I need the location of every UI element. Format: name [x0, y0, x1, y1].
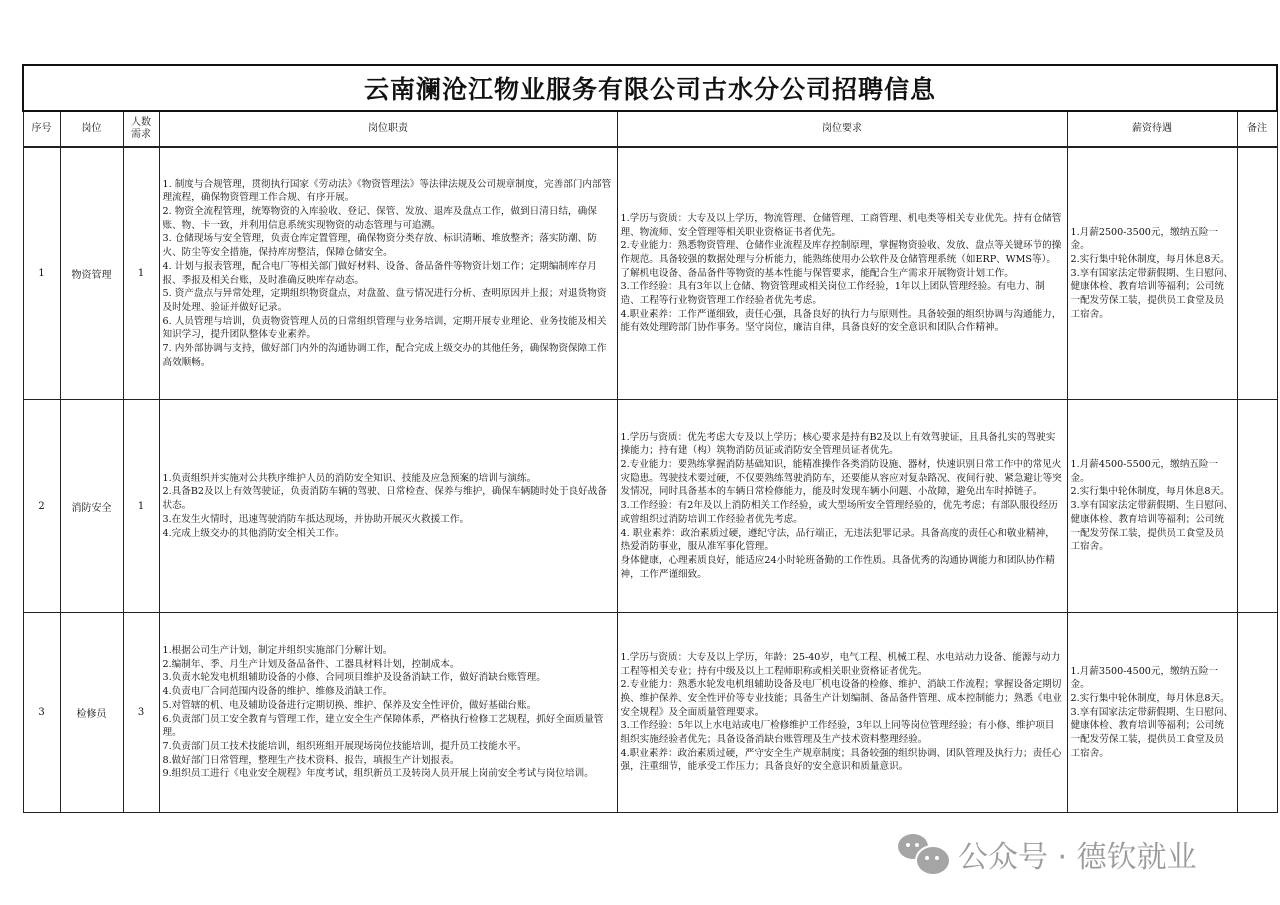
requirements-cell: 1.学历与资质：大专及以上学历，年龄：25-40岁，电气工程、机械工程、水电站动…: [617, 613, 1067, 813]
salary-item: 1.月薪2500-3500元，缴纳五险一金。: [1071, 226, 1234, 253]
wechat-icon: [898, 834, 950, 874]
position-name: 消防安全: [60, 400, 123, 613]
duties-cell: 1. 制度与合规管理，贯彻执行国家《劳动法》《物资管理法》等法律法规及公司规章制…: [159, 147, 617, 400]
requirement-item: 1.学历与资质：优先考虑大专及以上学历；核心要求是持有B2及以上有效驾驶证，且具…: [621, 431, 1064, 458]
requirement-item: 3.工作经验：5年以上水电站或电厂检修维护工作经验，3年以上同等岗位管理经验；有…: [621, 719, 1064, 746]
duty-item: 5.对管辖的机、电及辅助设备进行定期切换、维护、保养及安全性评价，做好基础台账。: [163, 699, 614, 713]
duty-item: 8.做好部门日常管理，整理生产技术资料、报告，填报生产计划报表。: [163, 754, 614, 768]
row-number: 2: [23, 400, 60, 613]
remarks-cell: [1237, 147, 1277, 400]
header-no: 序号: [23, 111, 60, 147]
salary-item: 3.享有国家法定带薪假期、生日慰问、健康体检、教育培训等福利；公司统一配发劳保工…: [1071, 499, 1234, 554]
row-number: 1: [23, 147, 60, 400]
recruitment-sheet: 云南澜沧江物业服务有限公司古水分公司招聘信息 序号 岗位 人数需求 岗位职责 岗…: [22, 64, 1276, 813]
duty-item: 1.根据公司生产计划，制定并组织实施部门分解计划。: [163, 644, 614, 658]
salary-cell: 1.月薪2500-3500元，缴纳五险一金。 2.实行集中轮休制度，每月休息8天…: [1067, 147, 1237, 400]
duty-item: 4. 计划与报表管理，配合电厂等相关部门做好材料、设备、备品备件等物资计划工作；…: [163, 260, 614, 287]
requirement-item: 4. 职业素养：政治素质过硬，遵纪守法，品行端正，无违法犯罪记录。具备高度的责任…: [621, 527, 1064, 554]
salary-item: 3.享有国家法定带薪假期、生日慰问、健康体检、教育培训等福利；公司统一配发劳保工…: [1071, 267, 1234, 322]
header-requirements: 岗位要求: [617, 111, 1067, 147]
header-position: 岗位: [60, 111, 123, 147]
duty-item: 6. 人员管理与培训，负责物资管理人员的日常组织管理与业务培训，定期开展专业理论…: [163, 315, 614, 342]
page-title: 云南澜沧江物业服务有限公司古水分公司招聘信息: [23, 65, 1277, 111]
table-row: 2 消防安全 1 1.负责组织并实施对公共秩序维护人员的消防安全知识、技能及应急…: [23, 400, 1277, 613]
requirement-item: 1.学历与资质：大专及以上学历，物流管理、仓储管理、工商管理、机电类等相关专业优…: [621, 212, 1064, 239]
requirement-item: 4.职业素养：工作严谨细致，责任心强，具备良好的执行力与原则性。具备较强的组织协…: [621, 308, 1064, 335]
table-header: 序号 岗位 人数需求 岗位职责 岗位要求 薪资待遇 备注: [23, 111, 1277, 147]
duty-item: 1. 制度与合规管理，贯彻执行国家《劳动法》《物资管理法》等法律法规及公司规章制…: [163, 178, 614, 205]
duty-item: 6.负责部门员工安全教育与管理工作，建立安全生产保障体系，严格执行检修工艺规程，…: [163, 713, 614, 740]
watermark-text: 公众号 · 德钦就业: [958, 832, 1197, 876]
duty-item: 9.组织员工进行《电业安全规程》年度考试，组织新员工及转岗人员开展上岗前安全考试…: [163, 767, 614, 781]
salary-item: 3.享有国家法定带薪假期、生日慰问、健康体检、教育培训等福利；公司统一配发劳保工…: [1071, 706, 1234, 761]
requirement-item: 3.工作经验：具有3年以上仓储、物资管理或相关岗位工作经验，1年以上团队管理经验…: [621, 280, 1064, 307]
duty-item: 3.负责水轮发电机组辅助设备的小修、合同项目维护及设备消缺工作，做好消缺台账管理…: [163, 671, 614, 685]
duties-cell: 1.根据公司生产计划，制定并组织实施部门分解计划。 2.编制年、季、月生产计划及…: [159, 613, 617, 813]
position-name: 检修员: [60, 613, 123, 813]
salary-cell: 1.月薪3500-4500元，缴纳五险一金。 2.实行集中轮休制度，每月休息8天…: [1067, 613, 1237, 813]
recruitment-table: 云南澜沧江物业服务有限公司古水分公司招聘信息 序号 岗位 人数需求 岗位职责 岗…: [22, 64, 1278, 813]
duty-item: 1.负责组织并实施对公共秩序维护人员的消防安全知识、技能及应急预案的培训与演练。: [163, 472, 614, 486]
duty-item: 4.负责电厂合同范围内设备的维护、维修及消缺工作。: [163, 685, 614, 699]
duty-item: 3. 仓储现场与安全管理，负责仓库定置管理，确保物资分类存放、标识清晰、堆放整齐…: [163, 232, 614, 259]
duty-item: 2.具备B2及以上有效驾驶证，负责消防车辆的驾驶、日常检查、保养与维护，确保车辆…: [163, 485, 614, 512]
duty-item: 7.负责部门员工技术技能培训，组织班组开展现场岗位技能培训，提升员工技能水平。: [163, 740, 614, 754]
header-duties: 岗位职责: [159, 111, 617, 147]
requirement-item: 1.学历与资质：大专及以上学历，年龄：25-40岁，电气工程、机械工程、水电站动…: [621, 651, 1064, 678]
requirement-item: 身体健康，心理素质良好，能适应24小时轮班备勤的工作性质。具备优秀的沟通协调能力…: [621, 554, 1064, 581]
salary-item: 1.月薪4500-5500元，缴纳五险一金。: [1071, 458, 1234, 485]
requirements-cell: 1.学历与资质：优先考虑大专及以上学历；核心要求是持有B2及以上有效驾驶证，且具…: [617, 400, 1067, 613]
requirement-item: 3.工作经验：有2年及以上消防相关工作经验，或大型场所安全管理经验的，优先考虑；…: [621, 499, 1064, 526]
table-row: 3 检修员 3 1.根据公司生产计划，制定并组织实施部门分解计划。 2.编制年、…: [23, 613, 1277, 813]
duty-item: 4.完成上级交办的其他消防安全相关工作。: [163, 527, 614, 541]
duty-item: 2. 物资全流程管理，统筹物资的入库验收、登记、保管、发放、退库及盘点工作，做到…: [163, 205, 614, 232]
duty-item: 3.在发生火情时，迅速驾驶消防车抵达现场，并协助开展灭火救援工作。: [163, 513, 614, 527]
salary-item: 2.实行集中轮休制度，每月休息8天。: [1071, 485, 1234, 499]
requirement-item: 2.专业能力：熟悉水轮发电机组辅助设备及电厂机电设备的检修、维护、消缺工作流程；…: [621, 678, 1064, 719]
remarks-cell: [1237, 613, 1277, 813]
headcount: 3: [123, 613, 159, 813]
remarks-cell: [1237, 400, 1277, 613]
salary-item: 2.实行集中轮休制度，每月休息8天。: [1071, 253, 1234, 267]
requirement-item: 4.职业素养：政治素质过硬，严守安全生产规章制度；具备较强的组织协调、团队管理及…: [621, 747, 1064, 774]
header-remarks: 备注: [1237, 111, 1277, 147]
row-number: 3: [23, 613, 60, 813]
duties-cell: 1.负责组织并实施对公共秩序维护人员的消防安全知识、技能及应急预案的培训与演练。…: [159, 400, 617, 613]
requirement-item: 2.专业能力：要熟练掌握消防基础知识，能精准操作各类消防设施、器材，快速识别日常…: [621, 458, 1064, 499]
header-count: 人数需求: [123, 111, 159, 147]
position-name: 物资管理: [60, 147, 123, 400]
headcount: 1: [123, 147, 159, 400]
duty-item: 2.编制年、季、月生产计划及备品备件、工器具材料计划，控制成本。: [163, 658, 614, 672]
requirement-item: 2.专业能力：熟悉物资管理、仓储作业流程及库存控制原理，掌握物资验收、发放、盘点…: [621, 239, 1064, 280]
watermark: 公众号 · 德钦就业: [898, 832, 1197, 876]
header-salary: 薪资待遇: [1067, 111, 1237, 147]
salary-item: 2.实行集中轮休制度，每月休息8天。: [1071, 692, 1234, 706]
salary-cell: 1.月薪4500-5500元，缴纳五险一金。 2.实行集中轮休制度，每月休息8天…: [1067, 400, 1237, 613]
duty-item: 7. 内外部协调与支持，做好部门内外的沟通协调工作，配合完成上级交办的其他任务，…: [163, 342, 614, 369]
salary-item: 1.月薪3500-4500元，缴纳五险一金。: [1071, 665, 1234, 692]
table-row: 1 物资管理 1 1. 制度与合规管理，贯彻执行国家《劳动法》《物资管理法》等法…: [23, 147, 1277, 400]
requirements-cell: 1.学历与资质：大专及以上学历，物流管理、仓储管理、工商管理、机电类等相关专业优…: [617, 147, 1067, 400]
duty-item: 5. 资产盘点与异常处理，定期组织物资盘点，对盘盈、盘亏情况进行分析、查明原因并…: [163, 287, 614, 314]
headcount: 1: [123, 400, 159, 613]
